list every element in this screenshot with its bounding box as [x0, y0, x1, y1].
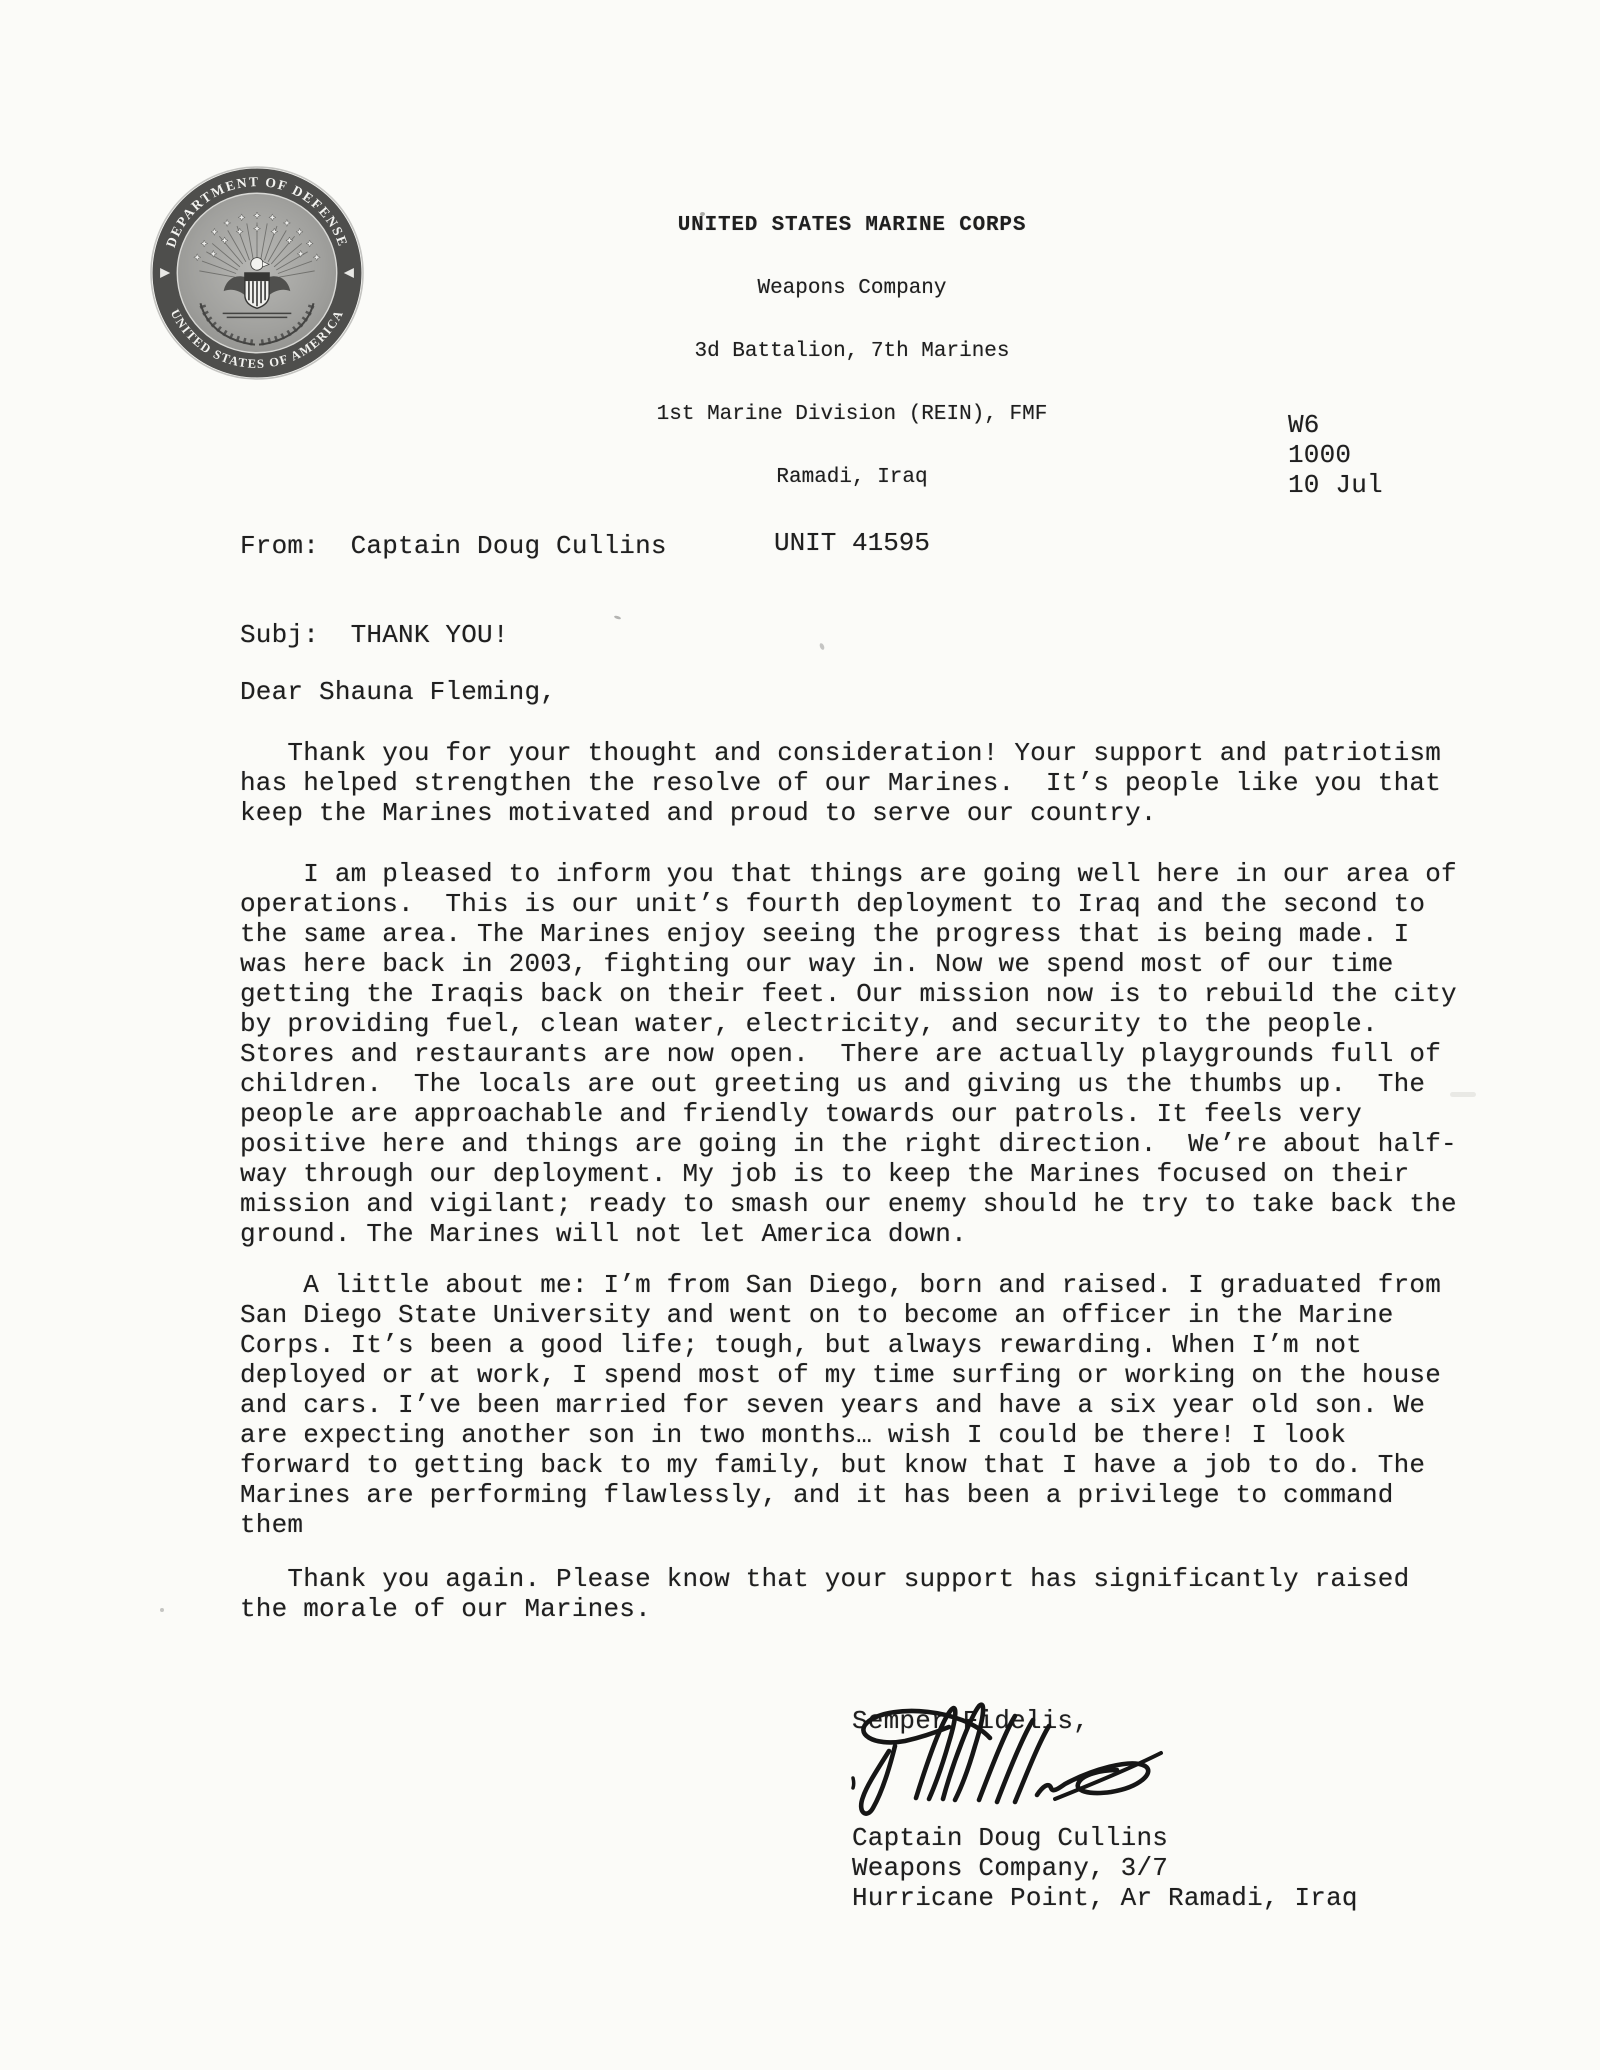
body-paragraph-4: Thank you again. Please know that your s…	[240, 1564, 1409, 1624]
signature-handwriting	[838, 1694, 1178, 1826]
letterhead-unit-number: UNIT 41595	[657, 528, 1048, 559]
letterhead-company: Weapons Company	[657, 275, 1048, 302]
scan-speck	[160, 1608, 164, 1612]
scan-speck	[1450, 1092, 1476, 1097]
letter-page: DEPARTMENT OF DEFENSE UNITED STATES OF A…	[0, 0, 1600, 2070]
scan-speck	[614, 615, 622, 620]
from-line: From: Captain Doug Cullins	[240, 531, 667, 561]
letterhead-service-name: UNITED STATES MARINE CORPS	[657, 212, 1048, 239]
scan-speck	[700, 212, 705, 216]
scan-speck	[819, 642, 826, 650]
body-paragraph-3: A little about me: I’m from San Diego, b…	[240, 1270, 1441, 1540]
salutation: Dear Shauna Fleming,	[240, 677, 556, 707]
body-paragraph-2: I am pleased to inform you that things a…	[240, 859, 1457, 1249]
letterhead-battalion: 3d Battalion, 7th Marines	[657, 338, 1048, 365]
letterhead-location: Ramadi, Iraq	[657, 464, 1048, 491]
reference-block: W6 1000 10 Jul	[1288, 410, 1383, 500]
subject-line: Subj: THANK YOU!	[240, 620, 509, 650]
letterhead: UNITED STATES MARINE CORPS Weapons Compa…	[657, 176, 1048, 595]
letterhead-division: 1st Marine Division (REIN), FMF	[657, 401, 1048, 428]
department-of-defense-seal-icon: DEPARTMENT OF DEFENSE UNITED STATES OF A…	[150, 166, 364, 380]
body-paragraph-1: Thank you for your thought and considera…	[240, 738, 1441, 828]
signature-block: Captain Doug Cullins Weapons Company, 3/…	[852, 1823, 1358, 1913]
